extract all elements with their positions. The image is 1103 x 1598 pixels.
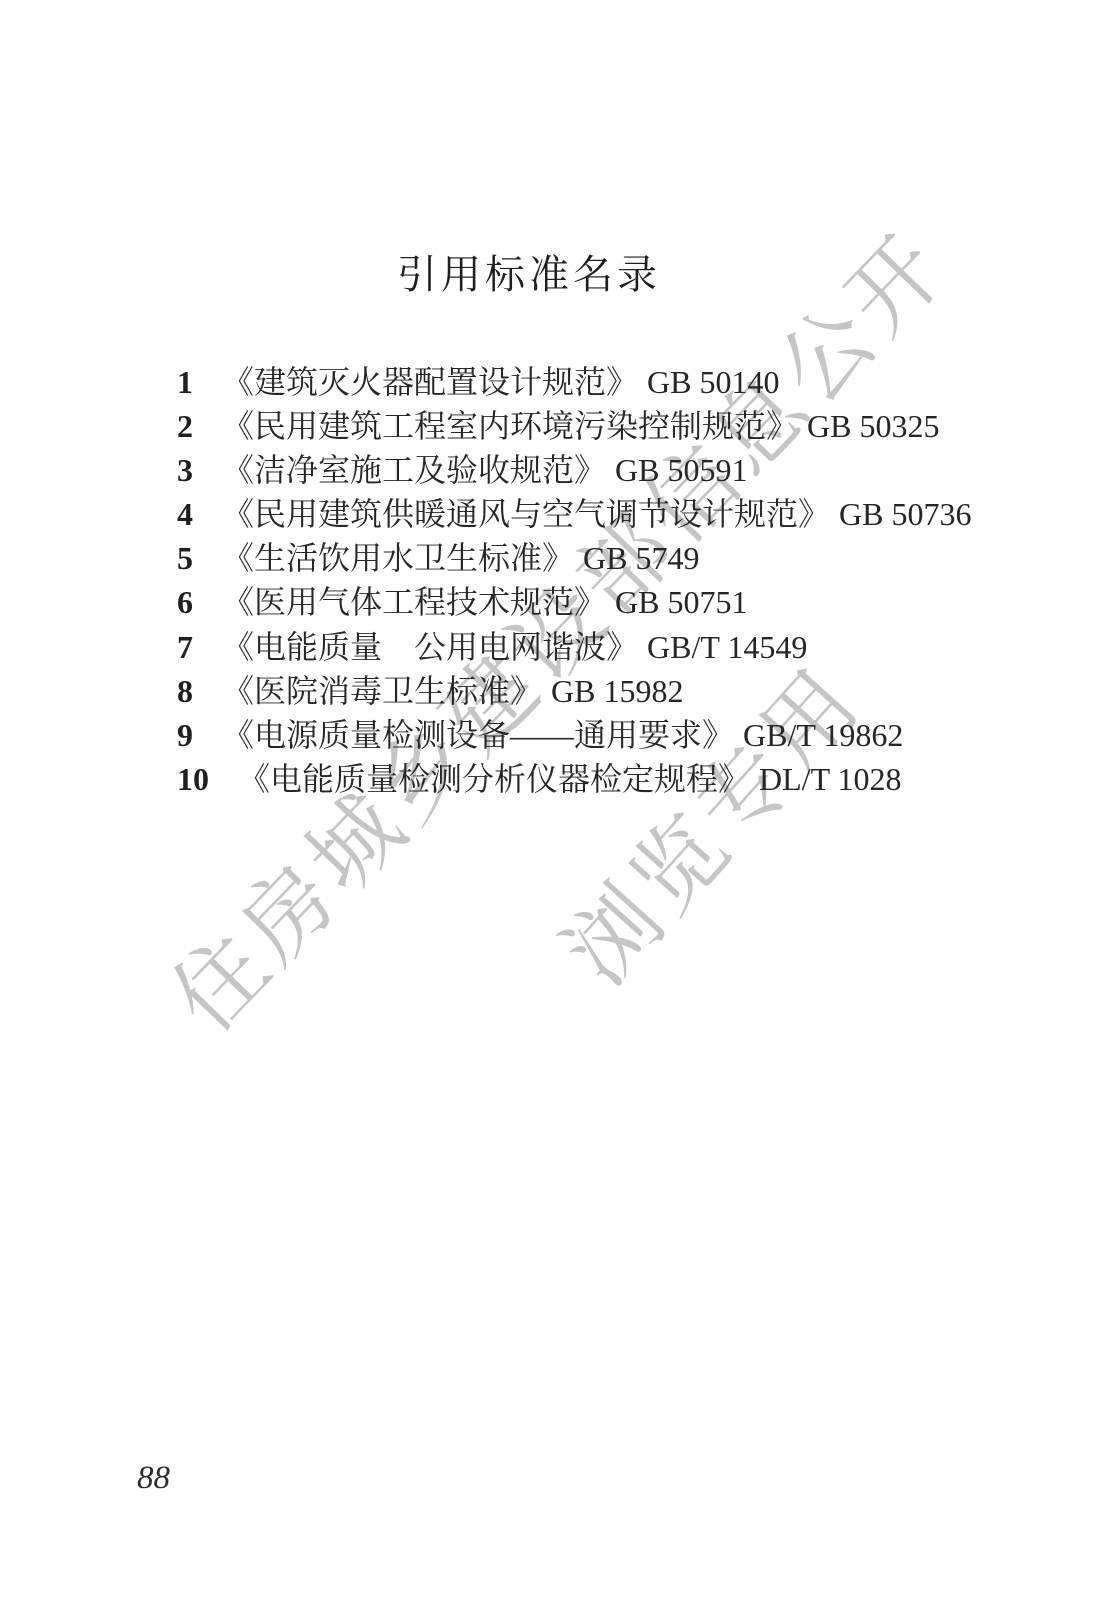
standard-code: GB 50751: [615, 580, 747, 624]
standard-code: GB 50736: [839, 492, 971, 536]
item-number: 6: [177, 580, 193, 624]
item-number: 7: [177, 625, 193, 669]
item-number: 9: [177, 713, 193, 757]
list-item: 9 《电源质量检测设备——通用要求》 GB/T 19862: [177, 713, 977, 757]
standard-code: GB 50591: [615, 448, 747, 492]
list-item: 6 《医用气体工程技术规范》 GB 50751: [177, 580, 977, 624]
list-item: 4 《民用建筑供暖通风与空气调节设计规范》 GB 50736: [177, 492, 977, 536]
standard-name: 《电能质量 公用电网谐波》: [222, 625, 638, 669]
list-item: 5 《生活饮用水卫生标准》 GB 5749: [177, 536, 977, 580]
item-number: 2: [177, 404, 193, 448]
standard-name: 《生活饮用水卫生标准》: [222, 536, 574, 580]
standard-name: 《电源质量检测设备——通用要求》: [222, 713, 734, 757]
list-item: 2 《民用建筑工程室内环境污染控制规范》 GB 50325: [177, 404, 977, 448]
item-number: 4: [177, 492, 193, 536]
list-item: 8 《医院消毒卫生标准》 GB 15982: [177, 669, 977, 713]
standard-name: 《民用建筑工程室内环境污染控制规范》: [222, 404, 798, 448]
standard-code: GB 15982: [551, 669, 683, 713]
standard-code: GB/T 14549: [647, 625, 807, 669]
page-content: 引用标准名录 1 《建筑灭火器配置设计规范》 GB 50140 2 《民用建筑工…: [0, 0, 1103, 1598]
list-item: 7 《电能质量 公用电网谐波》 GB/T 14549: [177, 625, 977, 669]
standard-name: 《洁净室施工及验收规范》: [222, 448, 606, 492]
item-number: 3: [177, 448, 193, 492]
item-number: 1: [177, 360, 193, 404]
page-number: 88: [137, 1460, 170, 1497]
item-number: 5: [177, 536, 193, 580]
standard-code: GB 50140: [647, 360, 779, 404]
standard-code: GB 5749: [583, 536, 699, 580]
standards-list: 1 《建筑灭火器配置设计规范》 GB 50140 2 《民用建筑工程室内环境污染…: [177, 360, 977, 801]
standard-name: 《电能质量检测分析仪器检定规程》: [238, 757, 750, 801]
document-page: 住房城乡建设部信息公开 浏览专用 引用标准名录 1 《建筑灭火器配置设计规范》 …: [0, 0, 1103, 1598]
list-item: 3 《洁净室施工及验收规范》 GB 50591: [177, 448, 977, 492]
list-item: 10 《电能质量检测分析仪器检定规程》 DL/T 1028: [177, 757, 977, 801]
standard-code: GB/T 19862: [743, 713, 903, 757]
page-title: 引用标准名录: [0, 243, 1058, 300]
standard-name: 《医院消毒卫生标准》: [222, 669, 542, 713]
item-number: 8: [177, 669, 193, 713]
standard-name: 《建筑灭火器配置设计规范》: [222, 360, 638, 404]
standard-name: 《医用气体工程技术规范》: [222, 580, 606, 624]
standard-code: DL/T 1028: [759, 757, 902, 801]
standard-code: GB 50325: [807, 404, 939, 448]
standard-name: 《民用建筑供暖通风与空气调节设计规范》: [222, 492, 830, 536]
item-number: 10: [177, 757, 209, 801]
list-item: 1 《建筑灭火器配置设计规范》 GB 50140: [177, 360, 977, 404]
